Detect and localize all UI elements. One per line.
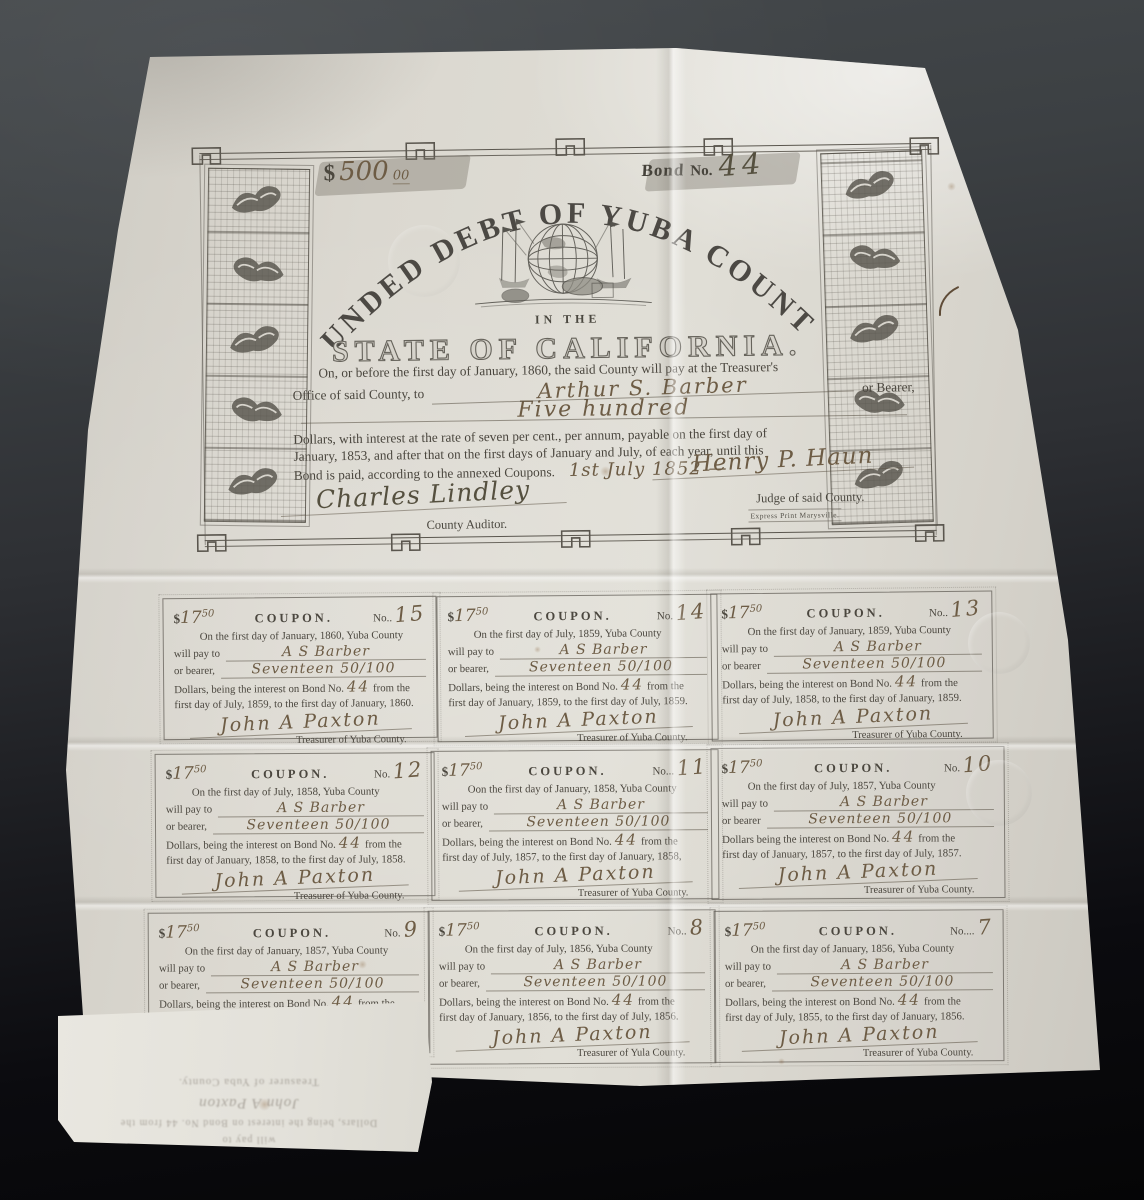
coupon-header: $1750 COUPON. No. 10 [722,752,994,778]
amount-cents: 50 [750,758,763,769]
amount-words-row: or bearer,Seventeen 50/100 [725,973,993,990]
eagle-icon [227,179,290,222]
bearer-label: or bearer [722,815,761,827]
ghost-line: Treasurer of Yuba County. [78,1076,419,1088]
amount-main: 17 [728,758,750,778]
no-label: No.. [929,607,948,619]
coupon-line2: Dollars, being the interest on Bond No.4… [725,990,993,1010]
coupon-number: No... 11 [652,755,707,779]
bearer-label: or Bearer, [862,379,915,396]
foxing-spot [778,1058,785,1065]
coupon-amount: $1750 [173,608,214,628]
ghost-line: will pay to [78,1134,419,1145]
coupon-line1: On the first day of July, 1859, Yuba Cou… [448,627,707,641]
amount-words-row: or bearer,Seventeen 50/100 [174,660,426,677]
coupon-number: No.. 13 [929,597,982,622]
coupon-header: $1750 COUPON. No... 11 [442,755,708,781]
amount-words-row: or bearer,Seventeen 50/100 [442,813,708,830]
eagle-icon [222,386,289,436]
bearer-label: or bearer, [725,978,766,990]
amount-words: Seventeen 50/100 [772,973,993,991]
eagle-icon [839,232,907,284]
payee-row: will pay toA S Barber [174,643,426,660]
amount-main: 17 [180,608,202,628]
amount-main: 17 [165,923,187,943]
coupon-title: COUPON. [806,606,884,622]
no-label: No. [657,610,673,622]
amount-words: Seventeen 50/100 [489,813,708,831]
coupon-line1: On the first day of July, 1858, Yuba Cou… [166,785,424,799]
amount-cents: 50 [476,606,489,617]
payee-row: will pay toA S Barber [159,958,419,974]
coupon-title: COUPON. [528,764,606,779]
number-value: 14 [675,599,708,625]
number-value: 13 [950,596,983,622]
pay-label: will pay to [725,961,771,973]
payee-row: will pay toA S Barber [722,793,994,810]
amount-main: 17 [172,764,194,784]
line2b-text: from the [921,677,958,689]
line2b-text: from the [647,680,684,692]
coupon-14: $1750 COUPON. No. 14 On the first day of… [436,594,718,742]
payee-name: A S Barber [491,956,705,974]
amount-cents: 50 [749,604,762,615]
embossed-seal [966,760,1032,826]
coupon-title: COUPON. [251,767,329,782]
coupon-15: $1750 COUPON. No.. 15 On the first day o… [162,596,437,740]
ghost-line: John A Paxton [78,1094,419,1111]
amount-words-row: or bearer,Seventeen 50/100 [439,973,705,989]
no-label: No. [384,927,400,939]
coupon-header: $1750 COUPON. No.. 8 [439,915,705,940]
coupon-line2: Dollars, being the interest on Bond No.4… [442,830,708,850]
amount-cents: 50 [194,764,207,775]
photo-scene: $ 500 00 Bond No. 44 FUNDED DEBT OF YUBA… [0,0,1144,1200]
payee-row: will pay toA S Barber [448,641,707,658]
line2b-text: from the [638,995,675,1007]
pay-label: will pay to [442,801,488,813]
amount-cents: 50 [467,921,480,932]
bond-number-value: 44 [615,831,638,849]
bearer-label: or bearer [722,660,761,672]
coupon-amount: $1750 [447,606,488,626]
amount-words: Seventeen 50/100 [221,660,426,679]
payee-name: A S Barber [774,638,982,657]
coupon-line1: On the first day of January, 1859, Yuba … [722,624,982,639]
coupon-title: COUPON. [255,611,333,627]
eagle-icon [225,319,288,362]
coupon-amount: $1750 [442,761,483,781]
payee-name: A S Barber [774,793,994,812]
line2b-text: from the [918,832,955,844]
amount-main: 17 [448,761,470,781]
coupon-header: $1750 COUPON. No. 14 [447,600,706,626]
coupon-title: COUPON. [819,924,897,939]
eagle-icon [223,461,286,504]
coupon-8: $1750 COUPON. No.. 8 On the first day of… [428,909,717,1065]
coupon-title: COUPON. [814,761,892,777]
greek-key-corner-icon [197,534,227,552]
amount-words-row: or bearer,Seventeen 50/100 [159,975,419,991]
bond-number-value: 44 [898,991,921,1009]
amount-words: Seventeen 50/100 [486,973,705,991]
payee-label: Office of said County, to [293,386,425,404]
coupon-number: No. 12 [374,758,424,782]
ink-scratch-mark [934,282,962,319]
fold-crease-horizontal [66,568,1096,583]
embossed-seal [388,225,460,297]
coupon-line1: On the first day of January, 1860, Yuba … [174,629,426,643]
payee-name: A S Barber [218,799,424,817]
bearer-label: or bearer, [166,821,207,833]
coupon-11: $1750 COUPON. No... 11 Oon the first day… [431,749,720,901]
coupon-header: $1750 COUPON. No.... 7 [725,915,993,941]
bond-number-value: 44 [621,675,644,693]
number-value: 15 [394,601,427,627]
bond-number-value: 44 [895,672,918,690]
amount-cents: 50 [202,608,215,619]
payee-row: will pay toA S Barber [166,799,424,816]
coupon-line1: On the first day of July, 1856, Yuba Cou… [439,942,705,955]
coupon-number: No. 9 [384,917,418,941]
coupon-title: COUPON. [253,926,331,941]
coupon-title: COUPON. [534,924,612,939]
no-label: No.. [668,925,687,937]
pay-label: will pay to [439,960,485,972]
payee-name: A S Barber [500,641,707,660]
coupon-header: $1750 COUPON. No.. 13 [721,597,981,624]
pay-label: will pay to [174,648,220,660]
certificate: $ 500 00 Bond No. 44 FUNDED DEBT OF YUBA… [195,137,941,549]
greek-key-corner-icon [915,524,945,542]
greek-key-ornament-icon [561,530,591,548]
coupon-line1: On the first day of January, 1856, Yuba … [725,942,993,956]
payee-name: A S Barber [226,643,426,662]
bearer-label: or bearer, [448,663,489,675]
bond-number-value: 44 [612,991,635,1009]
judge-title: Judge of said County. [756,490,864,507]
line2-text: Dollars, being the interest on Bond No. [439,996,609,1009]
no-label: No. [374,768,390,780]
coupon-number: No.. 8 [668,915,705,939]
line2-text: Dollars, being the interest on Bond No. [448,681,618,694]
line2b-text: from the [373,682,410,694]
eagle-icon [840,164,903,208]
number-value: 8 [688,915,705,940]
amount-main: 17 [728,603,750,623]
bearer-label: or bearer, [174,665,215,677]
coupon-number: No.. 15 [373,602,426,626]
coupon-line1: On the first day of July, 1857, Yuba Cou… [722,779,994,793]
no-label: No... [652,765,674,777]
line2b-text: from the [924,995,961,1007]
line2b-text: from the [641,835,678,847]
payee-row: will pay toA S Barber [722,638,982,656]
coupon-13: $1750 COUPON. No.. 13 On the first day o… [710,591,994,742]
coupon-line2: Dollars, being the interest on Bond No.4… [722,672,982,693]
payee-name: A S Barber [777,956,993,974]
eagle-icon [844,308,907,352]
coupon-header: $1750 COUPON. No. 12 [166,758,424,784]
ghost-line: Dollars, being the interest on Bond No. … [78,1117,419,1128]
coupon-10: $1750 COUPON. No. 10 On the first day of… [710,746,1005,900]
printer-credit: Express Print Marysville. [748,508,841,522]
no-label: No.... [950,925,975,937]
coupon-title: COUPON. [533,609,611,625]
globe-ships-vignette [466,209,659,314]
coupon-12: $1750 COUPON. No. 12 On the first day of… [155,752,436,898]
eagle-icon [224,246,291,296]
pay-label: will pay to [722,643,768,655]
embossed-seal [968,612,1030,674]
amount-cents: 50 [470,761,483,772]
auditor-title: County Auditor. [426,517,507,533]
line2-text: Dollars, being the interest on Bond No. [722,678,892,692]
amount-words-row: or bearer,Seventeen 50/100 [448,658,707,675]
foxing-spot [600,466,611,477]
coupon-line2: Dollars being the interest on Bond No.44… [722,827,994,847]
coupon-line2: Dollars, being the interest on Bond No.4… [448,675,707,695]
pay-label: will pay to [722,798,768,810]
no-label: No.. [373,612,392,624]
foxing-spot [358,960,367,969]
bearer-label: or bearer, [442,818,483,830]
no-label: No. [944,762,960,774]
coupon-amount: $1750 [721,603,762,623]
payee-name: A S Barber [211,958,419,976]
payee-row: will pay toA S Barber [439,956,705,972]
greek-key-ornament-icon [731,527,761,545]
amount-words: Seventeen 50/100 [206,975,419,993]
greek-key-ornament-icon [555,138,585,156]
line2-text: Dollars, being the interest on Bond No. [166,839,336,852]
amount-words: Seventeen 50/100 [495,658,707,677]
coupon-amount: $1750 [722,758,763,778]
bond-number-value: 44 [339,834,362,852]
bearer-label: or bearer, [439,977,480,989]
coupon-number: No.... 7 [950,915,993,939]
pay-label: will pay to [448,646,494,658]
number-value: 7 [976,915,993,940]
amount-cents: 50 [187,923,200,934]
amount-words-row: or bearerSeventeen 50/100 [722,810,994,827]
payee-row: will pay toA S Barber [442,796,708,813]
coupon-amount: $1750 [439,920,480,940]
amount-words: Seventeen 50/100 [767,810,994,829]
amount-words-row: or bearer,Seventeen 50/100 [166,816,424,833]
coupon-7: $1750 COUPON. No.... 7 On the first day … [714,909,1005,1063]
greek-key-corner-icon [191,147,221,165]
foxing-spot [258,1098,271,1111]
amount-main: 17 [454,606,476,626]
number-value: 12 [392,757,424,783]
payee-name: A S Barber [494,796,708,814]
coupon-amount: $1750 [166,764,207,784]
greek-key-ornament-icon [391,533,421,551]
coupon-line1: On the first day of January, 1857, Yuba … [159,944,419,957]
coupon-header: $1750 COUPON. No.. 15 [173,602,425,628]
coupon-header: $1750 COUPON. No. 9 [159,917,419,942]
folded-flap: will pay to Dollars, being the interest … [58,1002,435,1155]
line2-text: Dollars, being the interest on Bond No. [442,836,612,849]
line2b-text: from the [365,838,402,850]
amount-main: 17 [731,921,753,941]
foxing-spot [534,646,541,653]
amount-words-row: or bearerSeventeen 50/100 [722,655,982,673]
amount-words: Seventeen 50/100 [213,816,424,834]
payee-row: will pay toA S Barber [725,956,993,973]
amount-cents: 50 [753,921,766,932]
number-value: 11 [676,754,708,780]
coupon-amount: $1750 [159,922,200,942]
coupon-amount: $1750 [725,921,766,941]
coupon-line2: Dollars, being the interest on Bond No.4… [174,677,426,697]
coupon-line2: Dollars, being the interest on Bond No.4… [439,990,705,1009]
bond-number-value: 44 [347,677,370,695]
bond-number-value: 44 [892,828,915,846]
line2-text: Dollars, being the interest on Bond No. [725,996,895,1009]
line2-text: Dollars being the interest on Bond No. [722,833,889,846]
coupon-line2: Dollars, being the interest on Bond No.4… [166,833,424,853]
number-value: 9 [402,917,419,942]
bearer-label: or bearer, [159,979,200,991]
pay-label: will pay to [159,962,205,974]
foxing-spot [947,182,956,191]
coupon-number: No. 14 [657,600,707,624]
ghost-show-through-text: will pay to Dollars, being the interest … [78,1016,419,1145]
line2-text: Dollars, being the interest on Bond No. [174,683,344,696]
amount-main: 17 [445,921,467,941]
pay-label: will pay to [166,804,212,816]
coupon-line1: Oon the first day of January, 1858, Yuba… [442,782,708,796]
